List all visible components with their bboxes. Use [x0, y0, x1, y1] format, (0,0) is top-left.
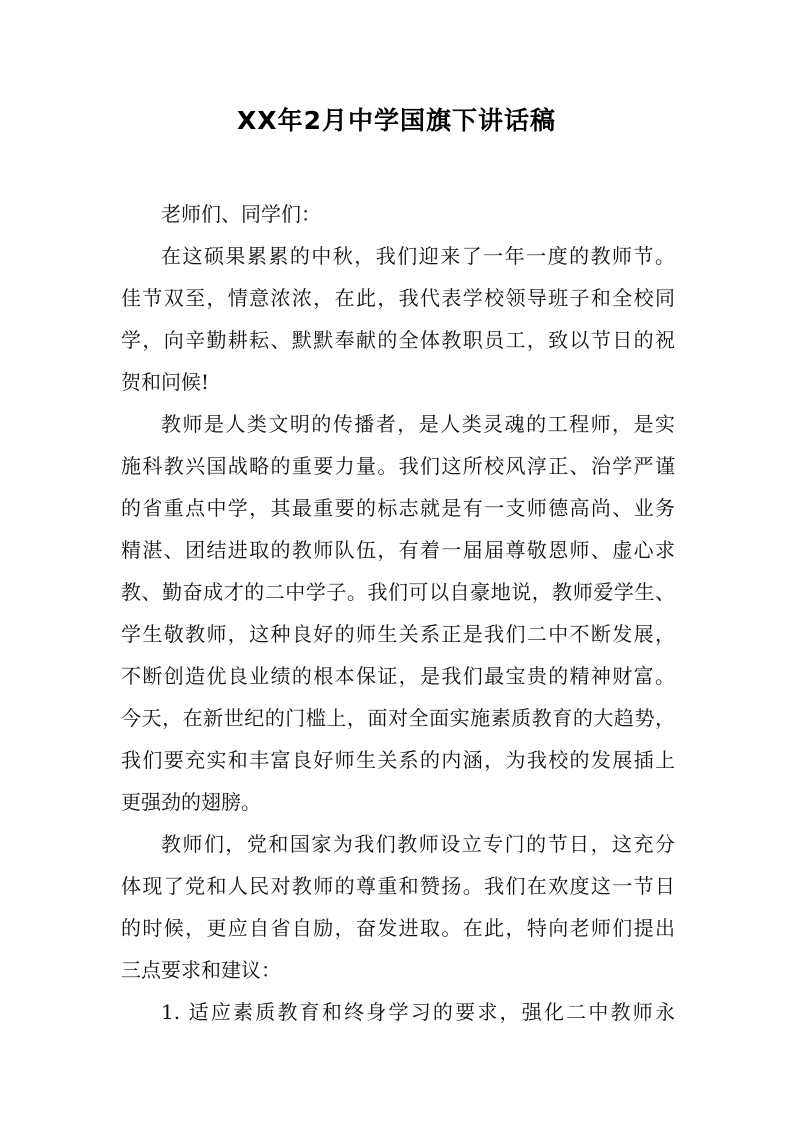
text-line: 体现了党和人民对教师的尊重和赞扬。我们在欢度这一节日	[121, 872, 675, 914]
text-line: 我们要充实和丰富良好师生关系的内涵，为我校的发展插上	[121, 746, 675, 788]
text-line: 的时候，更应自省自励，奋发进取。在此，特向老师们提出	[121, 914, 675, 956]
salutation: 老师们、同学们：	[121, 200, 675, 242]
text-line: 学生敬教师，这种良好的师生关系正是我们二中不断发展，	[121, 620, 675, 662]
text-line: 施科教兴国战略的重要力量。我们这所校风淳正、治学严谨	[121, 452, 675, 494]
text-line: 贺和问候!	[121, 368, 675, 410]
text-line: 教、勤奋成才的二中学子。我们可以自豪地说，教师爱学生、	[121, 578, 675, 620]
text-line: 今天，在新世纪的门槛上，面对全面实施素质教育的大趋势，	[121, 704, 675, 746]
text-line: 三点要求和建议：	[121, 956, 675, 998]
text-line: 的省重点中学，其最重要的标志就是有一支师德高尚、业务	[121, 494, 675, 536]
text-line: 教师是人类文明的传播者，是人类灵魂的工程师，是实	[121, 410, 675, 452]
text-line: 更强劲的翅膀。	[121, 788, 675, 830]
text-line: 精湛、团结进取的教师队伍，有着一届届尊敬恩师、虚心求	[121, 536, 675, 578]
text-line: 不断创造优良业绩的根本保证，是我们最宝贵的精神财富。	[121, 662, 675, 704]
document-page: XX年2月中学国旗下讲话稿 老师们、同学们： 在这硕果累累的中秋，我们迎来了一年…	[0, 0, 793, 1122]
list-item-1: 1. 适应素质教育和终身学习的要求，强化二中教师永	[121, 998, 675, 1040]
document-body: 老师们、同学们： 在这硕果累累的中秋，我们迎来了一年一度的教师节。 佳节双至，情…	[121, 200, 675, 1040]
text-line: 教师们，党和国家为我们教师设立专门的节日，这充分	[121, 830, 675, 872]
text-line: 学，向辛勤耕耘、默默奉献的全体教职员工，致以节日的祝	[121, 326, 675, 368]
document-title: XX年2月中学国旗下讲话稿	[0, 101, 793, 137]
text-line: 在这硕果累累的中秋，我们迎来了一年一度的教师节。	[121, 242, 675, 284]
text-line: 佳节双至，情意浓浓，在此，我代表学校领导班子和全校同	[121, 284, 675, 326]
